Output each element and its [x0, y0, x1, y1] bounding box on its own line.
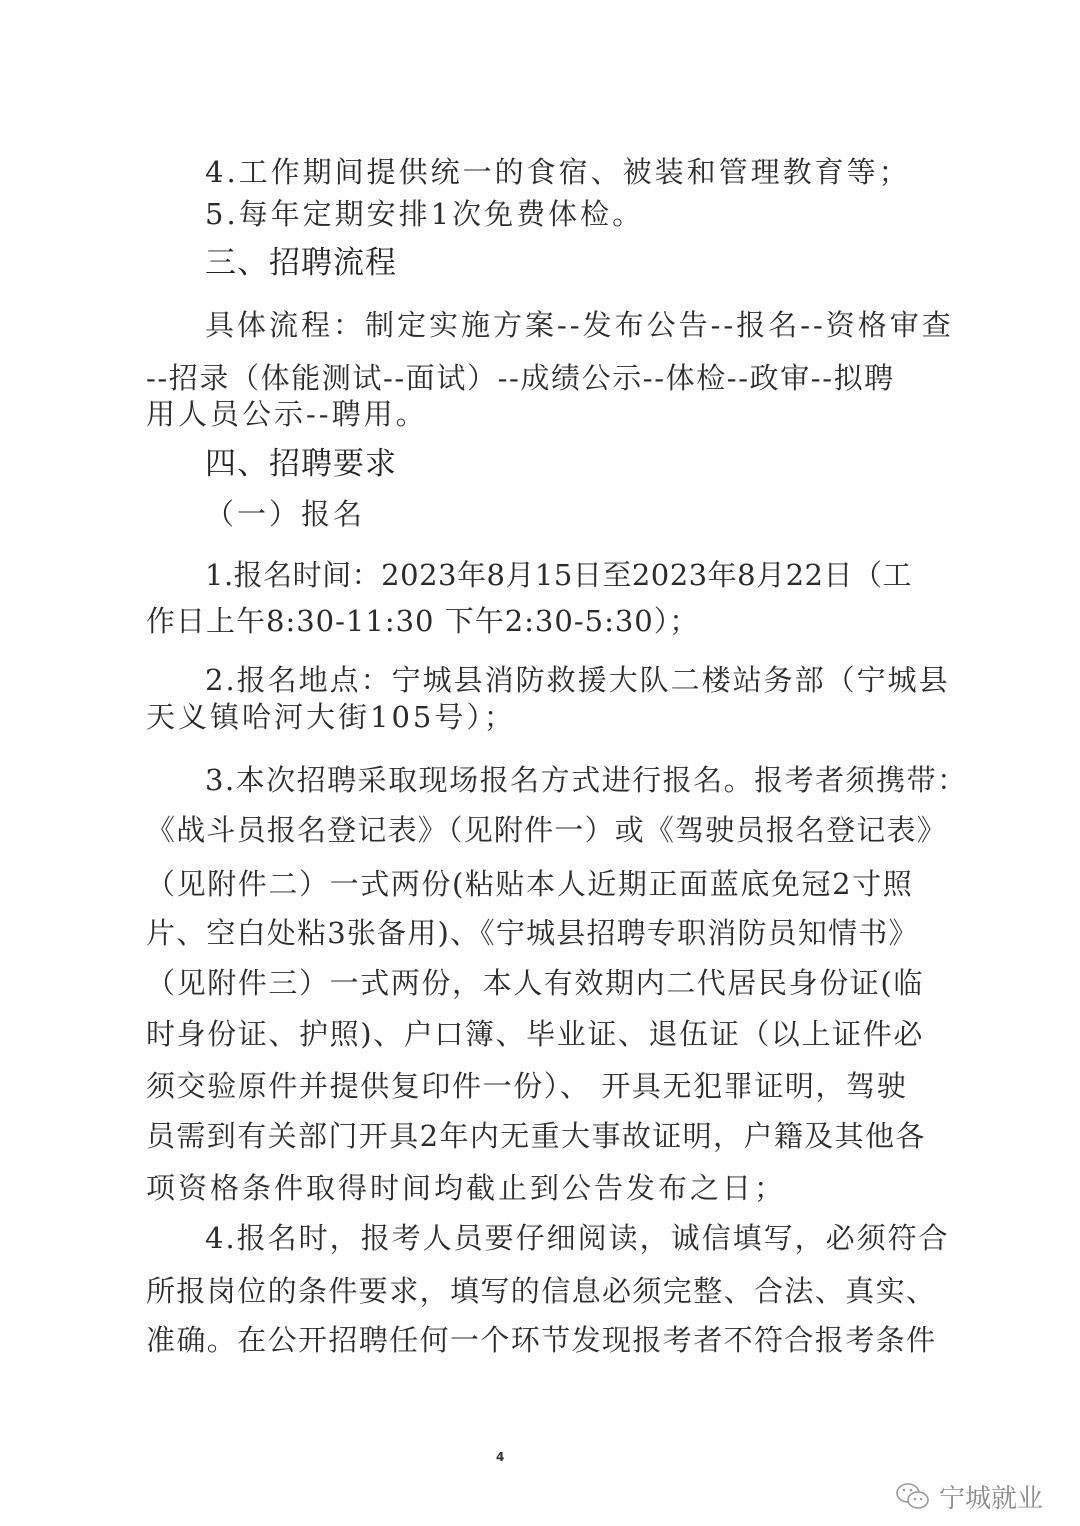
registration-method-line-1: 3.本次招聘采取现场报名方式进行报名。报考者须携带： — [205, 760, 968, 800]
list-item-health-check: 5.每年定期安排1次免费体检。 — [205, 194, 644, 234]
wechat-icon — [895, 1482, 931, 1512]
section-heading-recruitment-process: 三、招聘流程 — [205, 243, 397, 283]
registration-location-line-2: 天义镇哈河大街105号）； — [146, 697, 516, 737]
registration-method-line-6: 时身份证、护照)、户口簿、毕业证、退伍证（以上证件必 — [146, 1014, 924, 1054]
page-number: 4 — [496, 1450, 504, 1464]
registration-honesty-line-2: 所报岗位的条件要求，填写的信息必须完整、合法、真实、 — [146, 1271, 936, 1311]
document-page: 4.工作期间提供统一的食宿、被装和管理教育等； 5.每年定期安排1次免费体检。 … — [0, 0, 1080, 1526]
process-text-line-1: 具体流程：制定实施方案--发布公告--报名--资格审查 — [205, 305, 954, 345]
registration-honesty-line-1: 4.报名时，报考人员要仔细阅读，诚信填写，必须符合 — [205, 1218, 950, 1258]
registration-time-line-1: 1.报名时间：2023年8月15日至2023年8月22日（工 — [205, 555, 912, 595]
registration-method-line-5: （见附件三）一式两份，本人有效期内二代居民身份证(临 — [146, 963, 924, 1003]
registration-honesty-line-3: 准确。在公开招聘任何一个环节发现报考者不符合报考条件 — [146, 1320, 936, 1360]
registration-time-line-2: 作日上午8:30-11:30 下午2:30-5:30）； — [146, 601, 699, 641]
subheading-registration: （一）报名 — [205, 494, 365, 534]
process-text-line-2: --招录（体能测试--面试）--成绩公示--体检--政审--拟聘 — [146, 358, 895, 398]
registration-method-line-3: （见附件二）一式两份(粘贴本人近期正面蓝底免冠2寸照 — [146, 864, 913, 904]
process-text-line-3: 用人员公示--聘用。 — [146, 394, 428, 434]
watermark-text: 宁城就业 — [939, 1478, 1043, 1515]
registration-method-line-2: 《战斗员报名登记表》（见附件一）或《驾驶员报名登记表》 — [146, 810, 947, 850]
list-item-meals-lodging: 4.工作期间提供统一的食宿、被装和管理教育等； — [205, 152, 911, 192]
watermark: 宁城就业 — [895, 1478, 1043, 1515]
registration-method-line-8: 员需到有关部门开具2年内无重大事故证明，户籍及其他各 — [146, 1116, 926, 1156]
registration-method-line-4: 片、空白处粘3张备用)、《宁城县招聘专职消防员知情书》 — [146, 913, 919, 953]
registration-method-line-9: 项资格条件取得时间均截止到公告发布之日； — [146, 1168, 786, 1208]
section-heading-requirements: 四、招聘要求 — [205, 444, 397, 484]
registration-location-line-1: 2.报名地点：宁城县消防救援大队二楼站务部（宁城县 — [205, 660, 950, 700]
registration-method-line-7: 须交验原件并提供复印件一份）、 开具无犯罪证明，驾驶 — [146, 1066, 907, 1106]
